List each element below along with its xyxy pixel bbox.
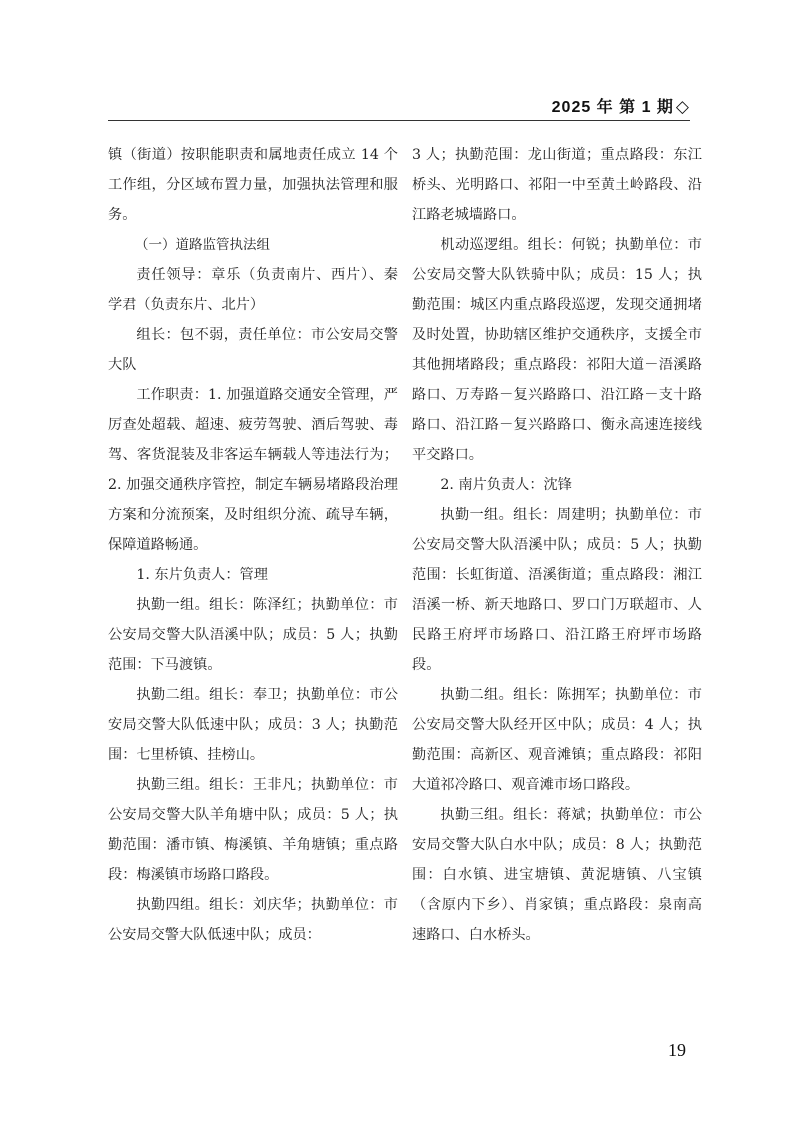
paragraph: 执勤二组。组长：奉卫；执勤单位：市公安局交警大队低速中队；成员：3 人；执勤范围… (108, 680, 398, 770)
paragraph: 执勤一组。组长：陈泽红；执勤单位：市公安局交警大队浯溪中队；成员：5 人；执勤范… (108, 590, 398, 680)
running-header: 2025 年 第 1 期◇ (108, 94, 690, 121)
paragraph: 组长：包不弱，责任单位：市公安局交警大队 (108, 320, 398, 380)
paragraph: 3 人；执勤范围：龙山街道；重点路段：东江桥头、光明路口、祁阳一中至黄土岭路段、… (412, 140, 702, 230)
diamond-icon: ◇ (676, 97, 690, 116)
issue-label: 2025 年 第 1 期◇ (552, 94, 690, 117)
subsection-heading: 2. 南片负责人：沈锋 (412, 470, 702, 500)
paragraph: 执勤二组。组长：陈拥军；执勤单位：市公安局交警大队经开区中队；成员：4 人；执勤… (412, 680, 702, 800)
paragraph: 镇（街道）按职能职责和属地责任成立 14 个工作组，分区域布置力量，加强执法管理… (108, 140, 398, 230)
paragraph: 工作职责：1. 加强道路交通安全管理，严厉查处超载、超速、疲劳驾驶、酒后驾驶、毒… (108, 380, 398, 560)
issue-text: 2025 年 第 1 期 (552, 99, 674, 116)
right-column: 3 人；执勤范围：龙山街道；重点路段：东江桥头、光明路口、祁阳一中至黄土岭路段、… (412, 140, 702, 950)
subsection-heading: 1. 东片负责人：管理 (108, 560, 398, 590)
left-column: 镇（街道）按职能职责和属地责任成立 14 个工作组，分区域布置力量，加强执法管理… (108, 140, 398, 950)
page-number: 19 (668, 1040, 686, 1061)
paragraph: 责任领导：章乐（负责南片、西片）、秦学君（负责东片、北片） (108, 260, 398, 320)
paragraph: 执勤三组。组长：王非凡；执勤单位：市公安局交警大队羊角塘中队；成员：5 人；执勤… (108, 770, 398, 890)
paragraph: 执勤一组。组长：周建明；执勤单位：市公安局交警大队浯溪中队；成员：5 人；执勤范… (412, 500, 702, 680)
section-heading: （一）道路监管执法组 (108, 230, 398, 260)
paragraph: 执勤四组。组长：刘庆华；执勤单位：市公安局交警大队低速中队；成员： (108, 890, 398, 950)
paragraph: 机动巡逻组。组长：何锐；执勤单位：市公安局交警大队铁骑中队；成员：15 人；执勤… (412, 230, 702, 470)
paragraph: 执勤三组。组长：蒋斌；执勤单位：市公安局交警大队白水中队；成员：8 人；执勤范围… (412, 800, 702, 950)
